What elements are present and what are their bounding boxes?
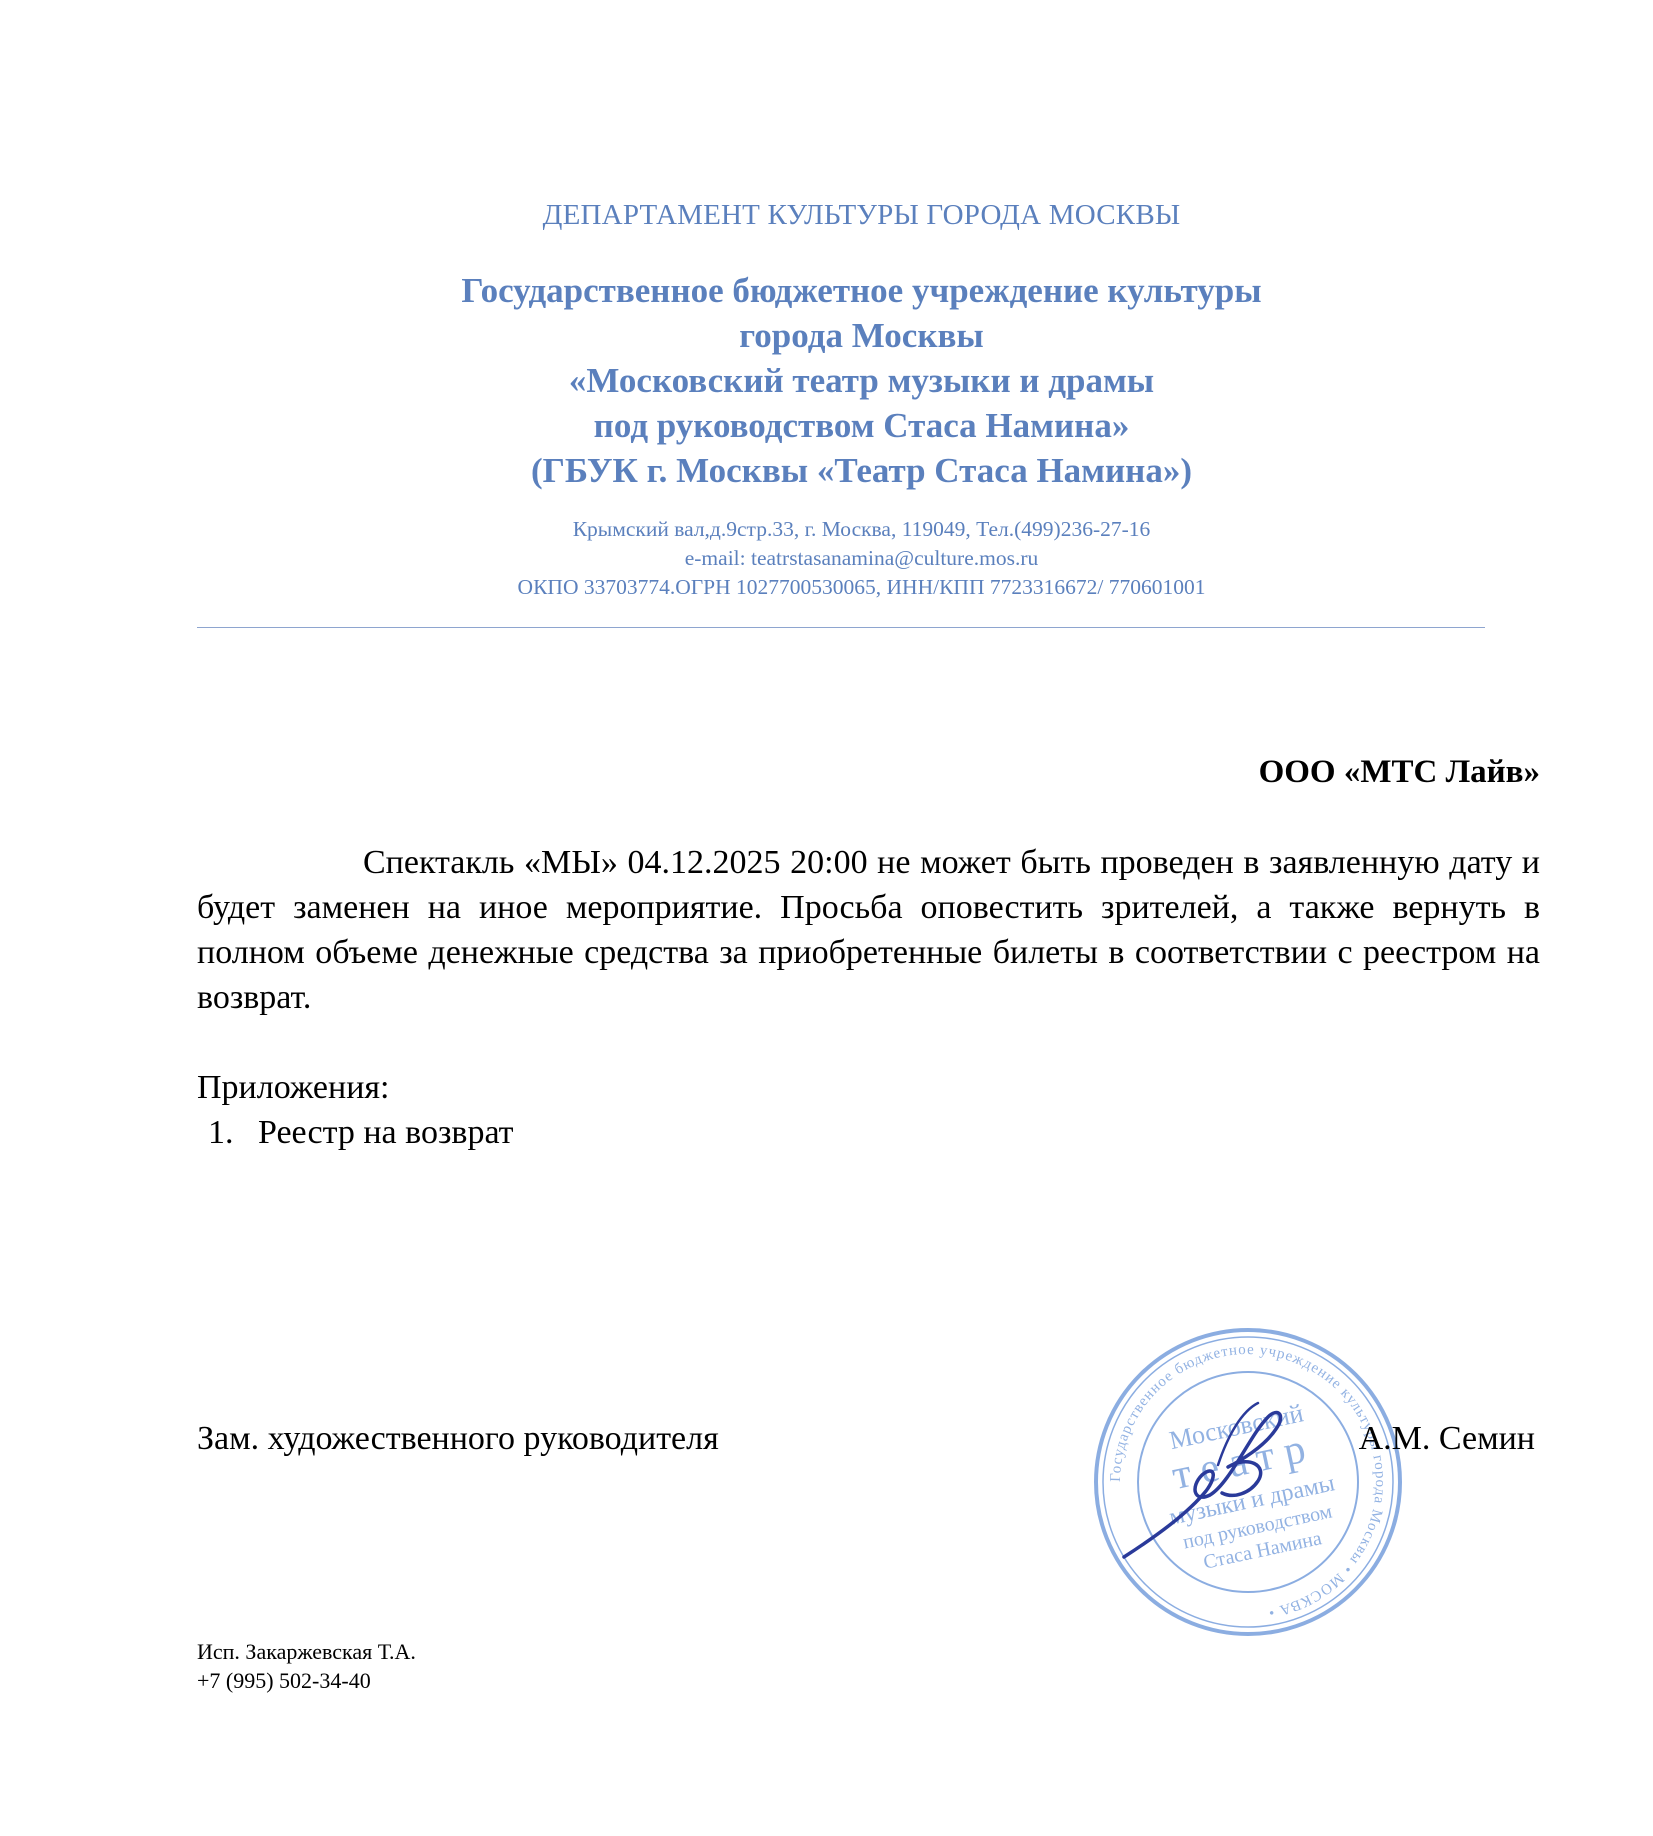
attachments-title: Приложения:: [197, 1065, 389, 1110]
executor-name: Исп. Закаржевская Т.А.: [197, 1637, 416, 1666]
email-line: e-mail: teatrstasanamina@culture.mos.ru: [0, 544, 1653, 573]
registration-line: ОКПО 33703774.ОГРН 1027700530065, ИНН/КП…: [0, 573, 1653, 602]
department-heading: ДЕПАРТАМЕНТ КУЛЬТУРЫ ГОРОДА МОСКВЫ: [0, 199, 1653, 232]
attachment-number: 1.: [208, 1110, 258, 1155]
header-divider: [197, 627, 1485, 628]
handwritten-signature-icon: [1118, 1395, 1358, 1575]
organization-line: «Московский театр музыки и драмы: [0, 358, 1653, 403]
attachment-label: Реестр на возврат: [258, 1114, 514, 1151]
attachment-item: 1.Реестр на возврат: [208, 1110, 514, 1155]
attachments-list: 1.Реестр на возврат: [208, 1110, 514, 1155]
organization-line: под руководством Стаса Намина»: [0, 403, 1653, 448]
organization-line: Государственное бюджетное учреждение кул…: [0, 268, 1653, 313]
recipient: ООО «МТС Лайв»: [1259, 754, 1540, 791]
signer-position: Зам. художественного руководителя: [197, 1420, 719, 1458]
executor-phone: +7 (995) 502-34-40: [197, 1666, 416, 1695]
letter-body: Спектакль «МЫ» 04.12.2025 20:00 не может…: [197, 840, 1540, 1020]
executor-info: Исп. Закаржевская Т.А. +7 (995) 502-34-4…: [197, 1637, 416, 1695]
signer-name: А.М. Семин: [1359, 1420, 1535, 1458]
organization-line: города Москвы: [0, 313, 1653, 358]
address-line: Крымский вал,д.9стр.33, г. Москва, 11904…: [0, 515, 1653, 544]
document-page: ДЕПАРТАМЕНТ КУЛЬТУРЫ ГОРОДА МОСКВЫ Госуд…: [0, 0, 1653, 1836]
organization-line: (ГБУК г. Москвы «Театр Стаса Намина»): [0, 448, 1653, 493]
organization-contacts: Крымский вал,д.9стр.33, г. Москва, 11904…: [0, 515, 1653, 602]
organization-name: Государственное бюджетное учреждение кул…: [0, 268, 1653, 493]
